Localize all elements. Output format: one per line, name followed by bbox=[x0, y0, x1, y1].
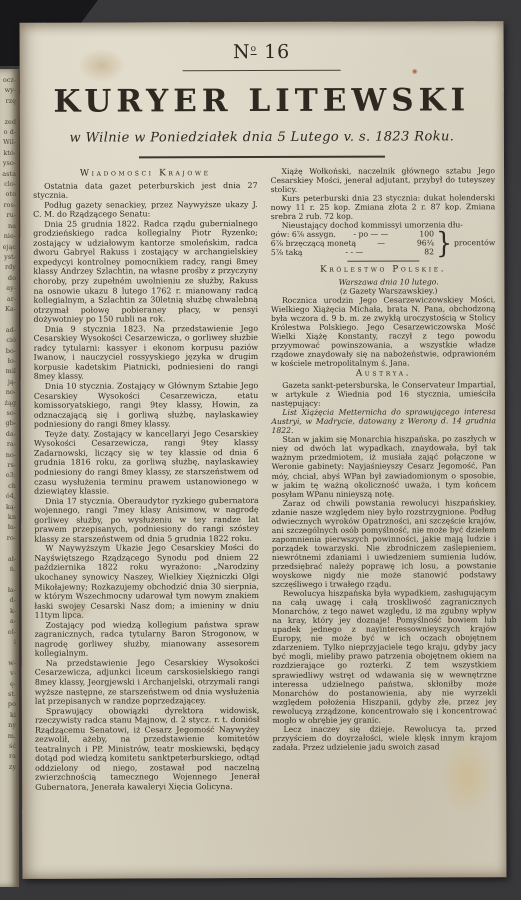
news-paragraph: W Naywyższym Ukazie Jego Cesarskiey Mośc… bbox=[34, 543, 259, 620]
news-paragraph: Zaraz od chwili powstania rewolucyi hisz… bbox=[272, 498, 497, 589]
section-header-austrya: Austrya. bbox=[271, 369, 496, 379]
news-paragraph: Podług gazety senackiey, przez Naywyższe… bbox=[33, 200, 258, 220]
exchange-label: 6⅞ brzęczącą monetą bbox=[271, 239, 356, 248]
masthead-rule-top bbox=[183, 70, 341, 72]
right-column: Xiążę Wołkoński, naczelnik głównego szta… bbox=[271, 166, 498, 791]
section-header-krolestwo-polskie: Królestwo Polskie. bbox=[271, 266, 496, 276]
news-paragraph: Kurs peterburski dnia 23 stycznia: dukat… bbox=[271, 193, 496, 221]
left-column: Wiadomości Krajowe Ostatnia data gazet p… bbox=[33, 167, 260, 792]
exchange-dashes: — bbox=[356, 239, 406, 248]
news-paragraph: Lecz inaczey się dzieje. Rewolucya ta, p… bbox=[272, 724, 497, 752]
news-paragraph: Teyże daty. Zostający w kancellaryi Jego… bbox=[34, 429, 259, 497]
newspaper-page: No 16 KURYER LITEWSKI w Wilnie w Poniedz… bbox=[20, 21, 507, 879]
issue-number: No 16 bbox=[20, 40, 504, 64]
news-paragraph: Zostający pod wiedzą kollegium państwa s… bbox=[35, 620, 260, 659]
debt-notice-intro: Nieustający dochod kommissyi umorzenia d… bbox=[271, 220, 496, 230]
news-paragraph: Stan w jakim się Monarchia hiszpańska, p… bbox=[271, 434, 496, 498]
facing-page-edge: ocz- wy- rzę zed o d- Wil- któ- yso- ast… bbox=[0, 69, 19, 887]
paper-stain bbox=[322, 868, 382, 879]
exchange-value: 82 bbox=[406, 248, 436, 257]
exchange-label: gów: 6⅞ assygn. bbox=[271, 230, 336, 239]
exchange-row: 5⅞ taką - - — 82 bbox=[271, 248, 436, 258]
news-paragraph: Dnia 10 stycznia. Zostający w Głównym Sz… bbox=[34, 381, 259, 430]
exchange-dashes: - po — — bbox=[336, 230, 406, 239]
section-header-wiadomosci-krajowe: Wiadomości Krajowe bbox=[33, 169, 258, 179]
exchange-dashes: - - — bbox=[302, 248, 406, 257]
exchange-value: 96¼ bbox=[406, 239, 436, 248]
news-paragraph: Dnia 25 grudnia 1822. Radca rządu gubern… bbox=[33, 219, 258, 325]
news-paragraph: Rocznica urodzin Jego Cesarzewiczowskiey… bbox=[271, 295, 496, 368]
section-divider-rule bbox=[347, 261, 419, 262]
news-paragraph: Rewolucya hiszpańska była wypadkiem, zas… bbox=[272, 588, 497, 724]
news-paragraph: Na przedstawienie Jego Cesarskiey Wysoko… bbox=[35, 658, 260, 707]
issue-prefix: N bbox=[233, 41, 251, 63]
brace-glyph: } bbox=[436, 229, 452, 258]
news-paragraph: Ostatnia data gazet peterburskich jest d… bbox=[33, 181, 258, 201]
masthead: No 16 KURYER LITEWSKI w Wilnie w Poniedz… bbox=[20, 21, 504, 159]
news-paragraph: Gazeta sankt-petersburska, le Conservate… bbox=[271, 380, 496, 408]
masthead-dateline: w Wilnie w Poniedziałek dnia 5 Lutego v.… bbox=[20, 129, 504, 146]
exchange-label: 5⅞ taką bbox=[271, 248, 303, 257]
percent-label: procentów bbox=[454, 239, 495, 248]
letter-heading: List Xiążęcia Metternicha do sprawująceg… bbox=[271, 407, 496, 435]
issue-superscript: o bbox=[251, 44, 257, 55]
exchange-rate-table: gów: 6⅞ assygn. - po — — 100 6⅞ brzęcząc… bbox=[271, 230, 496, 258]
issue-value: 16 bbox=[264, 41, 290, 63]
exchange-value: 100 bbox=[406, 230, 436, 239]
news-paragraph: Dnia 9 stycznia 1823. Na przedstawienie … bbox=[34, 324, 259, 382]
newspaper-title: KURYER LITEWSKI bbox=[20, 82, 504, 120]
news-paragraph: Xiążę Wołkoński, naczelnik głównego szta… bbox=[271, 166, 496, 194]
article-columns: Wiadomości Krajowe Ostatnia data gazet p… bbox=[20, 157, 506, 792]
news-paragraph: Dnia 17 stycznia. Oberaudytor ryzkiego g… bbox=[34, 496, 259, 545]
news-paragraph: Sprawujący obowiązki dyrektora widowisk,… bbox=[35, 706, 260, 793]
exchange-rows: gów: 6⅞ assygn. - po — — 100 6⅞ brzęcząc… bbox=[271, 230, 436, 258]
